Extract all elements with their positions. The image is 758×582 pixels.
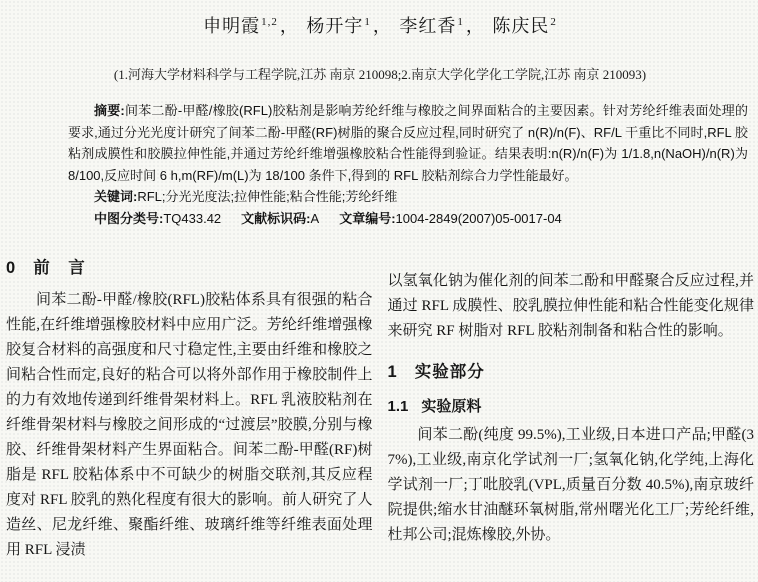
author-affil-superscript: 1 [364, 16, 371, 28]
affiliation-line: (1.河海大学材料科学与工程学院,江苏 南京 210098;2.南京大学化学化工… [6, 64, 754, 83]
section-0-title: 前 言 [33, 259, 86, 277]
doc-code: A [311, 211, 320, 226]
clc-pair: 中图分类号:TQ433.42 [94, 211, 221, 226]
author: 杨开宇1， [306, 16, 394, 36]
author-name: 申明霞 [203, 16, 260, 36]
keywords-label: 关键词: [94, 189, 137, 204]
section-0-heading: 0前 言 [6, 256, 373, 281]
left-column: 0前 言 间苯二酚-甲醛/橡胶(RFL)胶粘体系具有很强的粘合性能,在纤维增强橡… [6, 254, 373, 563]
section-1-1-number: 1.1 [388, 398, 409, 415]
body-columns: 0前 言 间苯二酚-甲醛/橡胶(RFL)胶粘体系具有很强的粘合性能,在纤维增强橡… [6, 254, 754, 563]
article-id-label: 文章编号: [339, 211, 395, 226]
doc-code-label: 文献标识码: [241, 211, 310, 226]
author-separator: ， [280, 16, 299, 36]
author-name: 杨开宇 [306, 16, 363, 36]
section-1-title: 实验部分 [415, 363, 485, 381]
classification-line: 中图分类号:TQ433.42文献标识码:A文章编号:1004-2849(2007… [68, 208, 748, 230]
section-1-1-title: 实验原料 [421, 398, 481, 415]
right-column: 以氢氧化钠为催化剂的间苯二酚和甲醛聚合反应过程,并通过 RFL 成膜性、胶乳膜拉… [388, 254, 755, 563]
section-1-number: 1 [388, 363, 397, 381]
abstract-label: 摘要: [94, 103, 125, 118]
author-affil-superscript: 2 [550, 16, 557, 28]
doc-code-pair: 文献标识码:A [241, 211, 319, 226]
abstract-paragraph: 摘要:间苯二酚-甲醛/橡胶(RFL)胶粘剂是影响芳纶纤维与橡胶之间界面粘合的主要… [68, 100, 748, 186]
materials-paragraph: 间苯二酚(纯度 99.5%),工业级,日本进口产品;甲醛(37%),工业级,南京… [388, 423, 755, 548]
author-separator: ， [466, 16, 485, 36]
author-affil-superscript: 1,2 [261, 16, 278, 28]
section-1-heading: 1实验部分 [388, 360, 755, 385]
intro-paragraph: 间苯二酚-甲醛/橡胶(RFL)胶粘体系具有很强的粘合性能,在纤维增强橡胶材料中应… [6, 288, 373, 563]
abstract-block: 摘要:间苯二酚-甲醛/橡胶(RFL)胶粘剂是影响芳纶纤维与橡胶之间界面粘合的主要… [68, 100, 748, 229]
section-1-1-heading: 1.1实验原料 [388, 394, 755, 419]
keywords-text: RFL;分光光度法;拉伸性能;粘合性能;芳纶纤维 [137, 189, 397, 204]
clc-label: 中图分类号: [94, 211, 163, 226]
author-separator: ， [373, 16, 392, 36]
abstract-text: 间苯二酚-甲醛/橡胶(RFL)胶粘剂是影响芳纶纤维与橡胶之间界面粘合的主要因素。… [68, 103, 748, 183]
intro-continuation-paragraph: 以氢氧化钠为催化剂的间苯二酚和甲醛聚合反应过程,并通过 RFL 成膜性、胶乳膜拉… [388, 269, 755, 344]
author: 申明霞1,2， [203, 16, 301, 36]
author-name: 李红香 [399, 16, 456, 36]
clc-number: TQ433.42 [163, 211, 221, 226]
paper-page: 申明霞1,2， 杨开宇1， 李红香1， 陈庆民2 (1.河海大学材料科学与工程学… [0, 0, 758, 582]
section-0-number: 0 [6, 259, 15, 277]
article-id: 1004-2849(2007)05-0017-04 [396, 211, 562, 226]
author-name: 陈庆民 [492, 16, 549, 36]
authors-line: 申明霞1,2， 杨开宇1， 李红香1， 陈庆民2 [6, 0, 754, 38]
article-id-pair: 文章编号:1004-2849(2007)05-0017-04 [339, 211, 562, 226]
author-affil-superscript: 1 [457, 16, 464, 28]
keywords-line: 关键词:RFL;分光光度法;拉伸性能;粘合性能;芳纶纤维 [68, 186, 748, 208]
author: 李红香1， [399, 16, 487, 36]
author: 陈庆民2 [492, 16, 557, 36]
